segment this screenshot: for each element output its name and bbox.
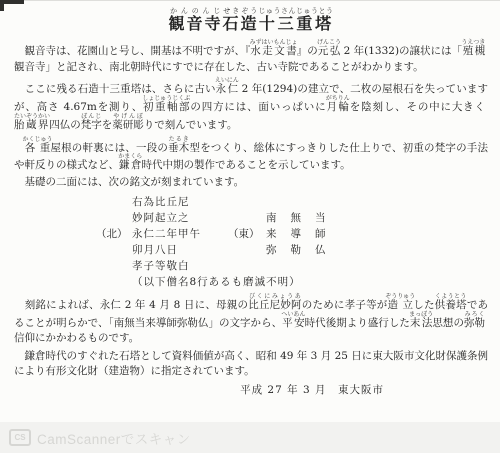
camscanner-watermark-text: CamScannerでスキャン [37, 428, 191, 448]
paragraph-inscription-meaning: 刻銘によれば、永仁 2 年 4 月 8 日に、母親の比丘尼妙阿びくにみょうあのた… [14, 293, 488, 347]
inscription-line: （以下僧名8行あるも磨滅不明） [14, 274, 488, 290]
inscription-east-text: 来導師 [266, 226, 340, 242]
inscription-line: 孝子等敬白 [14, 258, 488, 274]
inscription-line: （北） 永仁二年甲午 （東） 来導師 [14, 226, 488, 242]
inscription-text: 孝子等敬白 [132, 260, 190, 272]
scan-top-edge [0, 0, 500, 1]
scanned-document-page: 観音寺かんのんじ石造せきぞう十三重塔じゅうさんじゅうとう 観音寺は、花園山と号し… [0, 0, 500, 397]
inscription-block: 右為比丘尼 妙阿起立之 南無当 （北） 永仁二年甲午 （東） 来導師 卯月八日 … [14, 194, 488, 290]
paragraph-inscription-intro: 基礎の二面には、次の銘文が刻まれています。 [14, 175, 488, 191]
camscanner-watermark: CS CamScannerでスキャン [0, 422, 500, 453]
inscription-line: 卯月八日 弥勒仏 [14, 242, 488, 258]
inscription-text: （以下僧名8行あるも磨滅不明） [132, 276, 301, 288]
paragraph-roof-style: 各重かくじゅう屋根の軒裏には、一段の垂木たるき型をつくり、総体にすっきりした仕上… [14, 136, 488, 174]
camscanner-logo-icon: CS [9, 429, 31, 446]
inscription-text: 卯月八日 [132, 244, 178, 256]
scan-corner-artifact [0, 0, 24, 4]
inscription-east-text: 南無当 [266, 210, 340, 226]
east-direction-label: （東） [228, 226, 260, 242]
paragraph-temple-history: 観音寺は、花園山と号し、開基は不明ですが、『水走文書みずはいもんじょ』の元弘げん… [14, 39, 488, 75]
inscription-east-text: 弥勒仏 [266, 242, 340, 258]
paragraph-pagoda-description: ここに残る石造十三重塔は、さらに古い永仁えいにん 2 年(1294)の建立で、二… [14, 77, 488, 134]
paragraph-cultural-designation: 鎌倉時代のすぐれた石塔として資料価値が高く、昭和 49 年 3 月 25 日に東… [14, 349, 488, 380]
document-title: 観音寺かんのんじ石造せきぞう十三重塔じゅうさんじゅうとう [14, 7, 488, 34]
camscanner-logo-text: CS [14, 433, 25, 442]
inscription-line: 右為比丘尼 [14, 194, 488, 210]
inscription-line: 妙阿起立之 南無当 [14, 210, 488, 226]
inscription-text: 妙阿起立之 [132, 212, 190, 224]
north-direction-label: （北） [96, 226, 128, 242]
date-credit-line: 平成 27 年 3 月 東大阪市 [14, 382, 488, 397]
inscription-text: 右為比丘尼 [132, 196, 190, 208]
inscription-text: 永仁二年甲午 [132, 228, 201, 240]
